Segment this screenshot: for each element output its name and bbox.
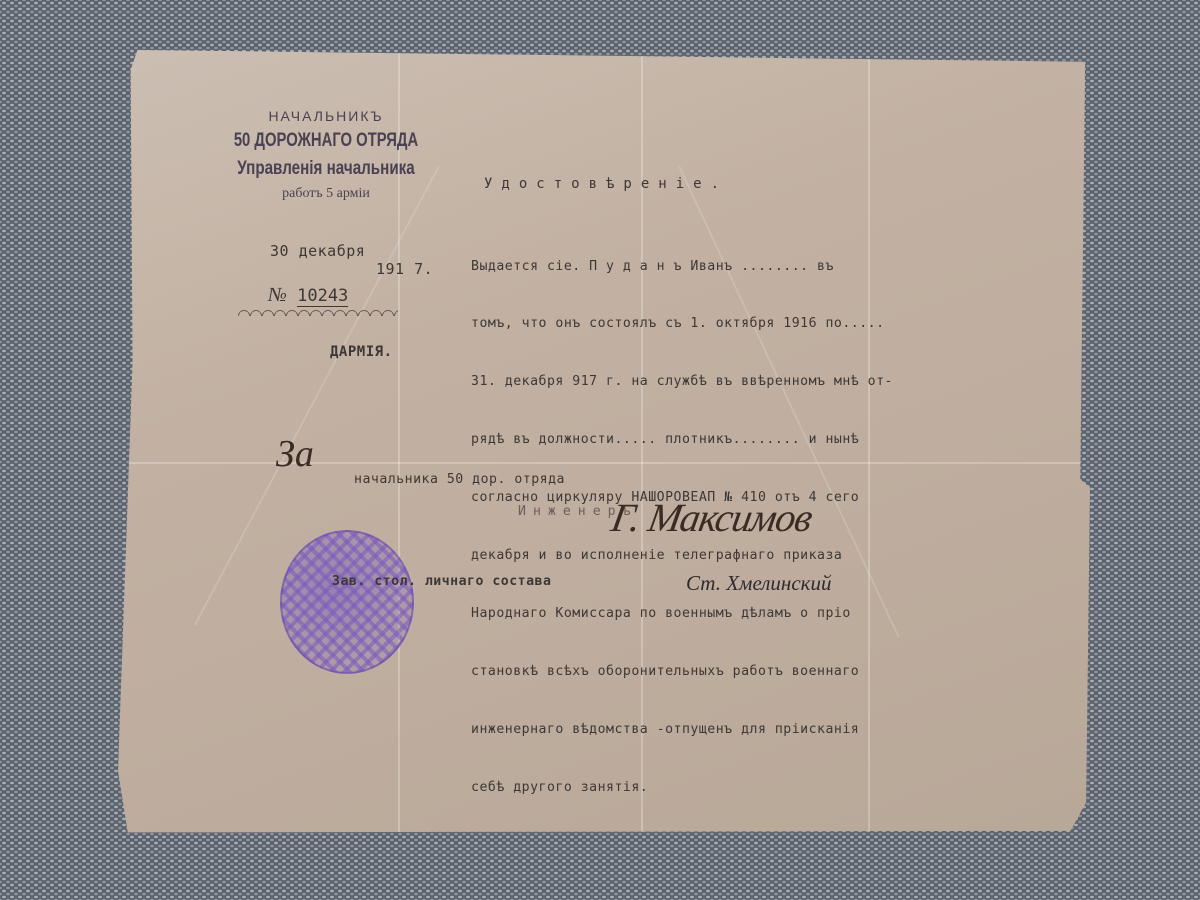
number-value: 10243 (297, 286, 348, 307)
wavy-rule (238, 308, 398, 316)
body-line: рядѣ въ должности..... плотникъ........ … (471, 430, 893, 449)
body-line: томъ, что онъ состоялъ съ 1. октября 191… (471, 314, 893, 333)
issue-date: 30 декабря (270, 242, 365, 260)
signatory-title: начальника 50 дор. отряда (354, 472, 565, 487)
signature-clerk: Ст. Хмелинский (686, 571, 831, 596)
header-stamp: НАЧАЛЬНИКЪ 50 ДОРОЖНАГО ОТРЯДА Управлені… (206, 108, 446, 202)
header-stamp-line: НАЧАЛЬНИКЪ (206, 108, 446, 124)
number-sign: № (268, 284, 287, 306)
body-line: Выдается сіе. П у д а н ъ Иванъ ........… (471, 257, 893, 276)
body-line: становкѣ всѣхъ оборонительныхъ работъ во… (471, 662, 893, 681)
header-stamp-line: Управленія начальника (230, 158, 422, 180)
header-stamp-line: 50 ДОРОЖНАГО ОТРЯДА (232, 130, 419, 152)
army-line: ДАРМІЯ. (330, 344, 393, 360)
purple-seal (280, 530, 414, 674)
signature-engineer: Г. Максимов (608, 494, 816, 541)
issue-year: 191 7. (376, 260, 433, 278)
body-line: Народнаго Комиссара по военнымъ дѣламъ о… (471, 604, 893, 623)
header-stamp-line: работъ 5 арміи (206, 186, 446, 202)
document-paper: НАЧАЛЬНИКЪ 50 ДОРОЖНАГО ОТРЯДА Управлені… (118, 46, 1090, 834)
body-line: 31. декабря 917 г. на службѣ въ ввѣренно… (471, 372, 893, 391)
document-number: № 10243 (268, 284, 348, 307)
document-title: Удостовѣреніе. (484, 176, 728, 192)
clerk-title: Зав. стол. личнаго состава (332, 574, 551, 589)
body-line: декабря и во исполненіе телеграфнаго при… (471, 546, 893, 565)
body-line: себѣ другого занятія. (471, 778, 893, 797)
handwritten-za: За (276, 432, 314, 476)
body-line: инженернаго вѣдомства -отпущенъ для пріи… (471, 720, 893, 739)
